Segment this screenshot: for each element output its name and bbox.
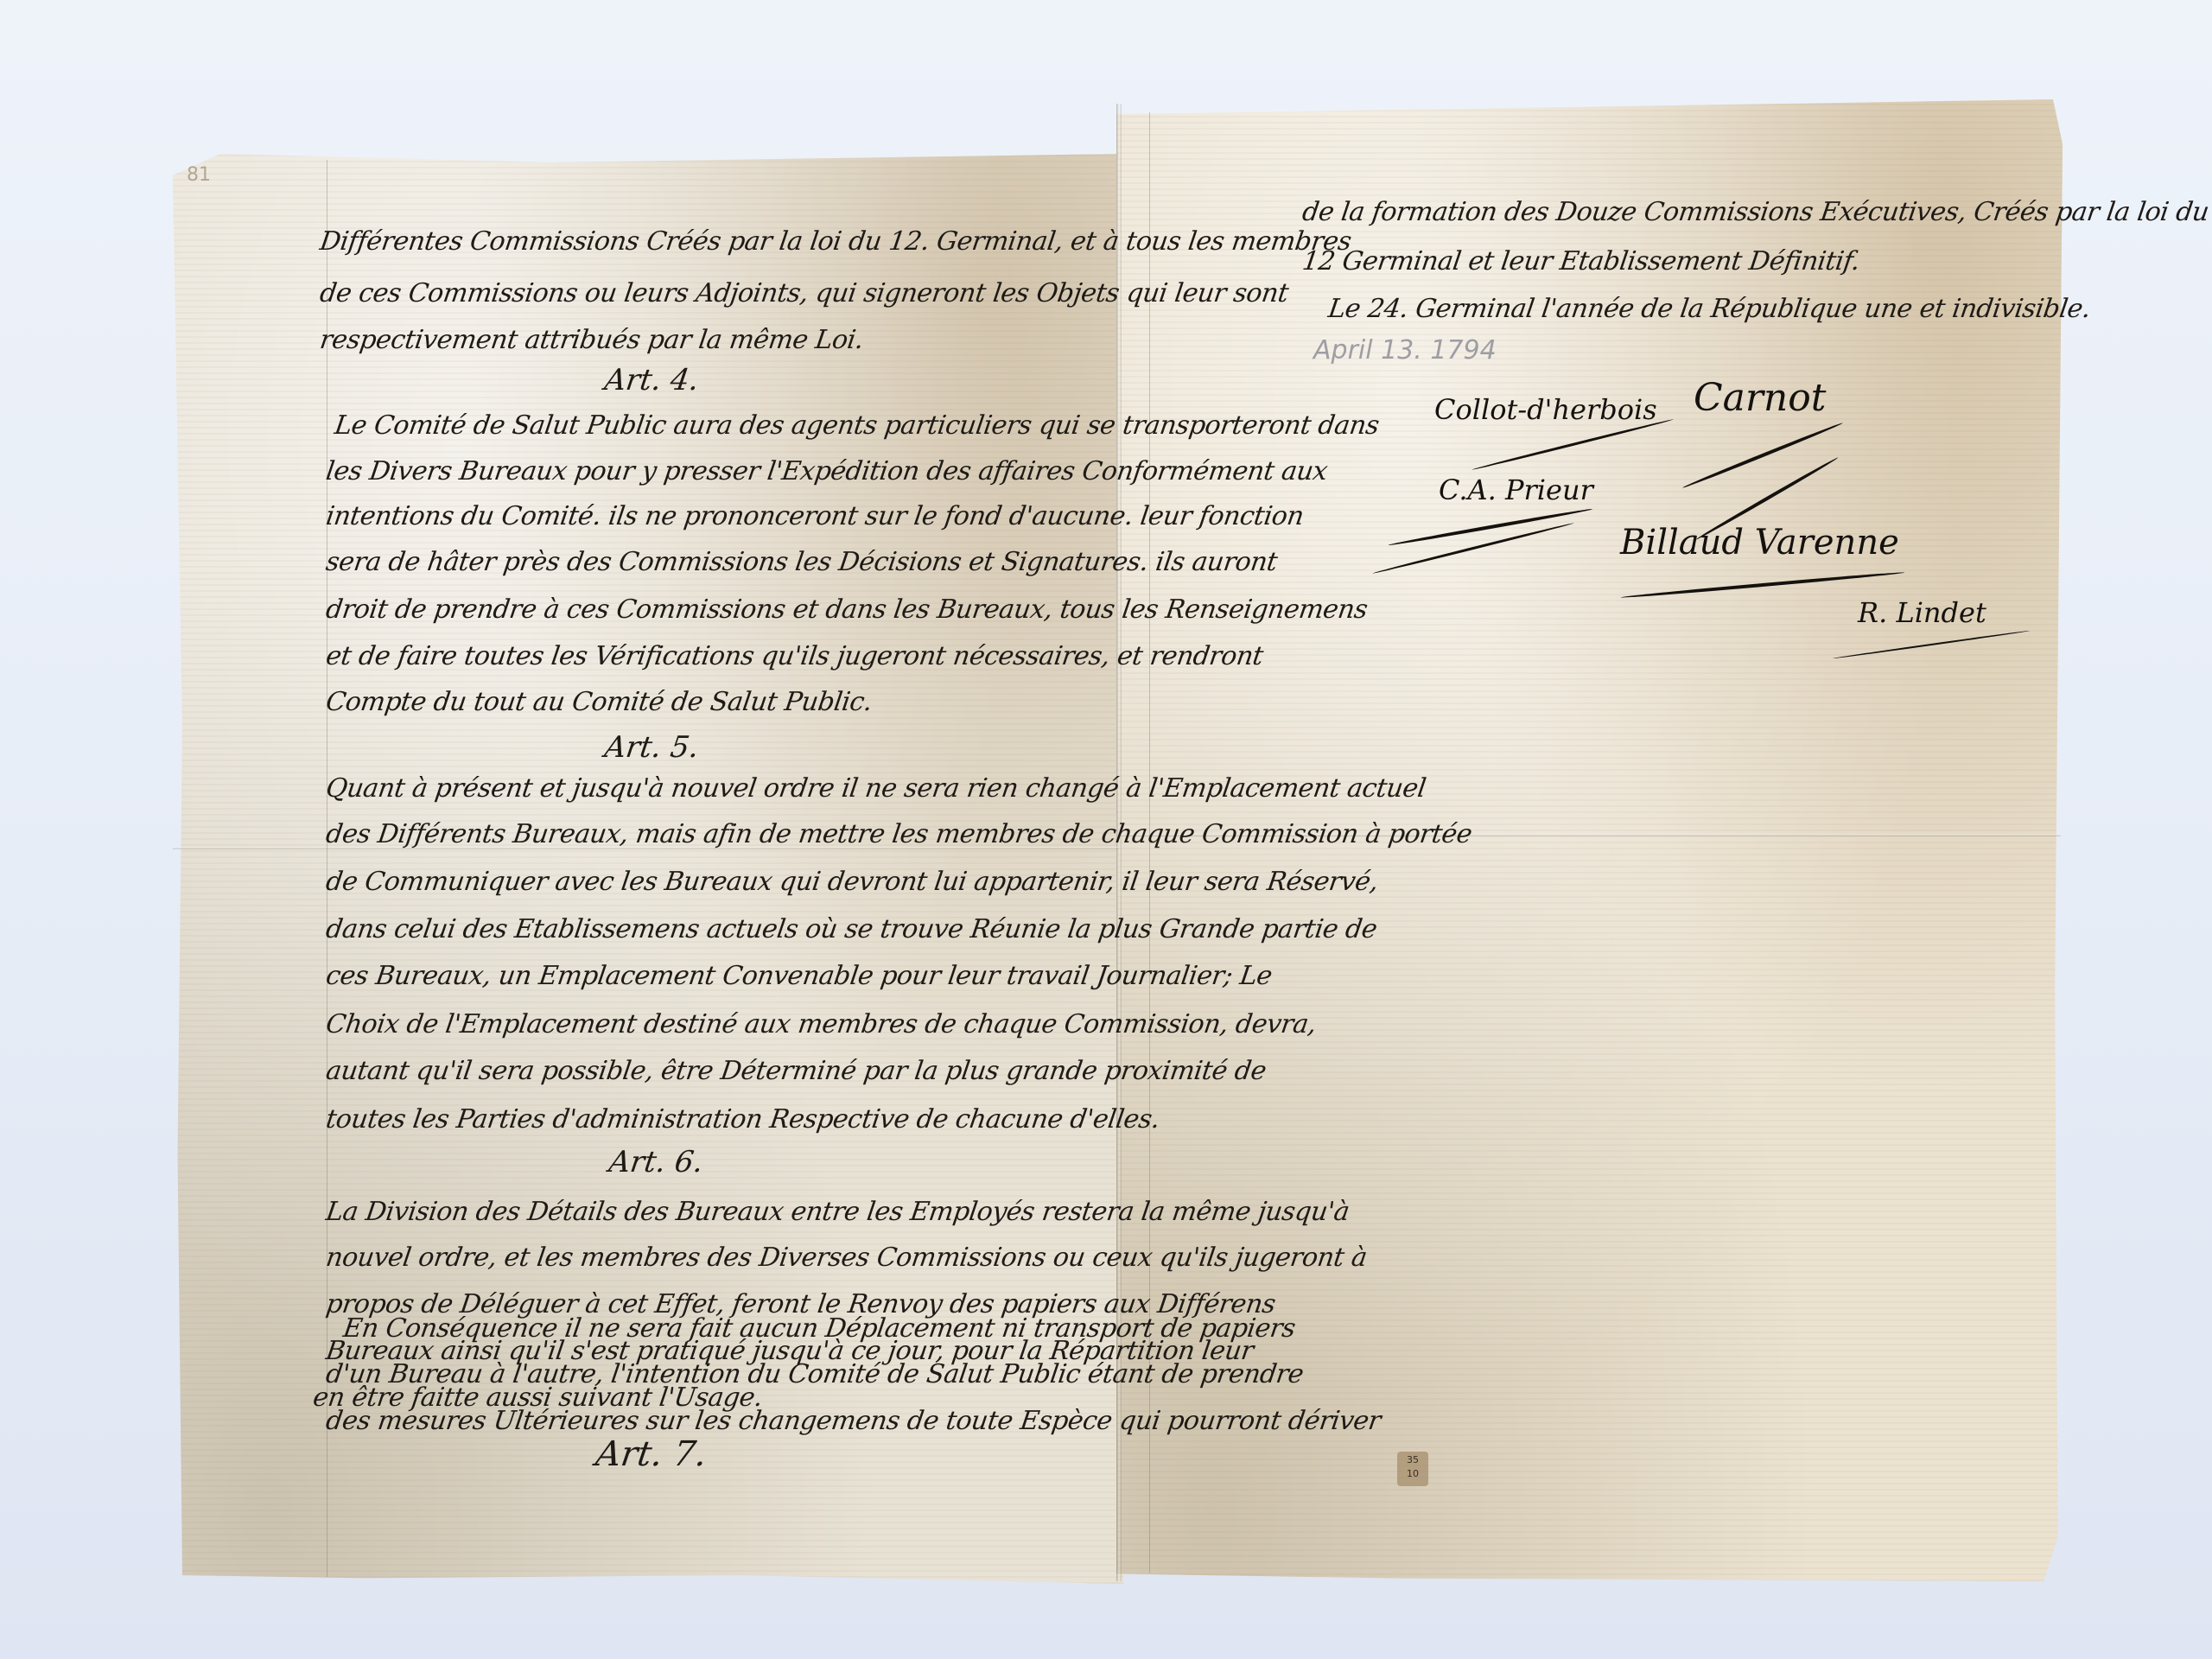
article-heading: Art. 6. (607, 1145, 705, 1179)
text-line: La Division des Détails des Bureaux entr… (324, 1197, 1351, 1227)
text-line: En Conséquence il ne sera fait aucun Dép… (341, 1313, 1297, 1344)
text-line: d'un Bureau à l'autre, l'intention du Co… (324, 1359, 1306, 1389)
text-line: droit de prendre à ces Commissions et da… (324, 594, 1370, 625)
text-line: nouvel ordre, et les membres des Diverse… (324, 1243, 1369, 1273)
signature-carnot: Carnot (1694, 376, 1826, 420)
text-line: de ces Commissions ou leurs Adjoints, qu… (318, 278, 1290, 308)
text-line: des mesures Ultérieures sur les changeme… (324, 1406, 1382, 1436)
archive-stamp: 35 10 (1397, 1452, 1428, 1486)
text-line: toutes les Parties d'administration Resp… (324, 1104, 1161, 1135)
signature-lindet: R. Lindet (1858, 596, 1986, 629)
text-line: les Divers Bureaux pour y presser l'Expé… (324, 456, 1329, 486)
text-line: 12 Germinal et leur Etablissement Défini… (1300, 246, 1861, 276)
text-line: ces Bureaux, un Emplacement Convenable p… (324, 961, 1274, 991)
article-heading: Art. 7. (594, 1434, 709, 1474)
text-line: et de faire toutes les Vérifications qu'… (324, 641, 1265, 671)
text-line: des Différents Bureaux, mais afin de met… (324, 819, 1474, 849)
text-line: Choix de l'Emplacement destiné aux membr… (324, 1009, 1318, 1039)
text-line: Différentes Commissions Créés par la loi… (318, 226, 1353, 257)
pencil-date-note: April 13. 1794 (1313, 335, 1497, 365)
signature-collot-dherbois: Collot-d'herbois (1434, 393, 1657, 426)
date-line: Le 24. Germinal l'année de la République… (1326, 294, 2092, 324)
text-line: Le Comité de Salut Public aura des agent… (333, 410, 1381, 441)
text-line: intentions du Comité. ils ne prononceron… (324, 501, 1306, 531)
text-line: sera de hâter près des Commissions les D… (324, 547, 1279, 577)
article-heading: Art. 4. (602, 363, 701, 397)
signature-prieur: C.A. Prieur (1439, 474, 1593, 506)
text-line: de Communiquer avec les Bureaux qui devr… (324, 867, 1380, 897)
article-heading: Art. 5. (602, 730, 701, 765)
text-line: autant qu'il sera possible, être Détermi… (324, 1056, 1268, 1086)
text-line: de la formation des Douze Commissions Ex… (1300, 197, 2211, 227)
text-line: dans celui des Etablissemens actuels où … (324, 914, 1379, 944)
corner-mark: 81 (187, 164, 211, 186)
text-line: respectivement attribués par la même Loi… (318, 325, 865, 355)
signature-billaud-varenne: Billaud Varenne (1620, 523, 1899, 563)
text-line: Compte du tout au Comité de Salut Public… (324, 687, 874, 717)
text-line: Quant à présent et jusqu'à nouvel ordre … (324, 773, 1427, 804)
